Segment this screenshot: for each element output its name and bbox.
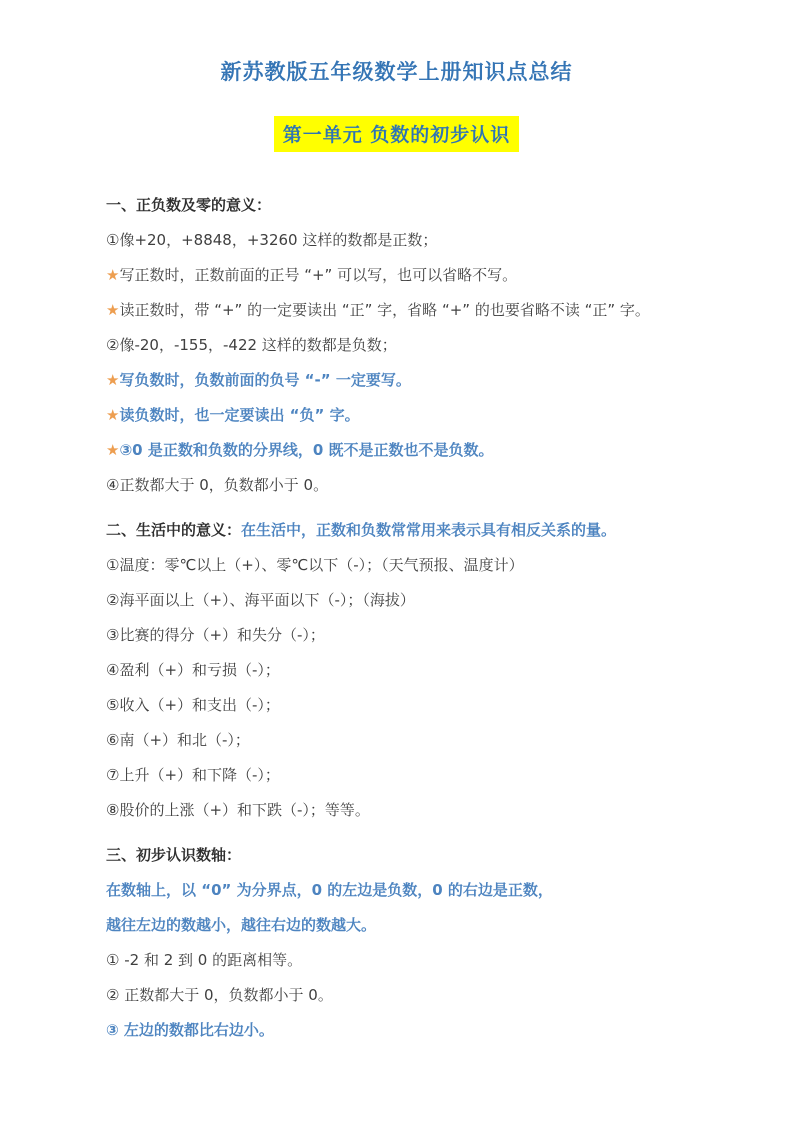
- text-segment: ②像-20，-155，-422 这样的数都是负数；: [106, 336, 397, 354]
- star-icon: ★: [106, 371, 119, 389]
- line: ★③0 是正数和负数的分界线，0 既不是正数也不是负数。: [106, 441, 687, 460]
- line: ★读负数时，也一定要读出 “负” 字。: [106, 406, 687, 425]
- star-icon: ★: [106, 406, 119, 424]
- star-icon: ★: [106, 441, 119, 459]
- document-page: 新苏教版五年级数学上册知识点总结 第一单元 负数的初步认识 一、正负数及零的意义…: [0, 0, 793, 1122]
- document-body: 一、正负数及零的意义：①像+20，+8848，+3260 这样的数都是正数；★写…: [106, 196, 687, 1040]
- text-segment: ① -2 和 2 到 0 的距离相等。: [106, 951, 302, 969]
- document-title: 新苏教版五年级数学上册知识点总结: [106, 56, 687, 86]
- text-segment: 越往左边的数越小，越往右边的数越大。: [106, 916, 376, 934]
- line: ★写负数时，负数前面的负号 “-” 一定要写。: [106, 371, 687, 390]
- line: ①温度：零℃以上（+）、零℃以下（-）；（天气预报、温度计）: [106, 556, 687, 575]
- text-segment: 写正数时，正数前面的正号 “+” 可以写，也可以省略不写。: [119, 266, 517, 284]
- line: 越往左边的数越小，越往右边的数越大。: [106, 916, 687, 935]
- line: ③比赛的得分（+）和失分（-）；: [106, 626, 687, 645]
- text-segment: ② 正数都大于 0，负数都小于 0。: [106, 986, 333, 1004]
- text-segment: ⑦上升（+）和下降（-）；: [106, 766, 280, 784]
- line: ②像-20，-155，-422 这样的数都是负数；: [106, 336, 687, 355]
- line: ①像+20，+8848，+3260 这样的数都是正数；: [106, 231, 687, 250]
- line: ④正数都大于 0，负数都小于 0。: [106, 476, 687, 495]
- text-segment: ⑥南（+）和北（-）；: [106, 731, 250, 749]
- text-segment: 写负数时，负数前面的负号 “-” 一定要写。: [119, 371, 410, 389]
- section-1-heading: 一、正负数及零的意义：: [106, 196, 687, 215]
- line: ②海平面以上（+）、海平面以下（-）；（海拔）: [106, 591, 687, 610]
- line: ⑥南（+）和北（-）；: [106, 731, 687, 750]
- line: ★读正数时，带 “+” 的一定要读出 “正” 字，省略 “+” 的也要省略不读 …: [106, 301, 687, 320]
- line: ⑧股价的上涨（+）和下跌（-）；等等。: [106, 801, 687, 820]
- line: ③ 左边的数都比右边小。: [106, 1021, 687, 1040]
- text-segment: ③0 是正数和负数的分界线，0 既不是正数也不是负数。: [119, 441, 493, 459]
- text-segment: ①温度：零℃以上（+）、零℃以下（-）；（天气预报、温度计）: [106, 556, 524, 574]
- text-segment: 三、初步认识数轴：: [106, 846, 241, 864]
- line: ⑦上升（+）和下降（-）；: [106, 766, 687, 785]
- star-icon: ★: [106, 301, 119, 319]
- section-1-meaning-of-positive-negative-zero: 一、正负数及零的意义：①像+20，+8848，+3260 这样的数都是正数；★写…: [106, 196, 687, 495]
- star-icon: ★: [106, 266, 119, 284]
- text-segment: ④正数都大于 0，负数都小于 0。: [106, 476, 328, 494]
- line: 在数轴上，以 “0” 为分界点，0 的左边是负数，0 的右边是正数，: [106, 881, 687, 900]
- text-segment: 一、正负数及零的意义：: [106, 196, 271, 214]
- text-segment: 读正数时，带 “+” 的一定要读出 “正” 字，省略 “+” 的也要省略不读 “…: [119, 301, 649, 319]
- text-segment: ③ 左边的数都比右边小。: [106, 1021, 274, 1039]
- text-segment: 二、生活中的意义：: [106, 521, 241, 539]
- text-segment: ⑧股价的上涨（+）和下跌（-）；等等。: [106, 801, 370, 819]
- text-segment: 在数轴上，以 “0” 为分界点，0 的左边是负数，0 的右边是正数，: [106, 881, 553, 899]
- line: ① -2 和 2 到 0 的距离相等。: [106, 951, 687, 970]
- line: ④盈利（+）和亏损（-）；: [106, 661, 687, 680]
- line: ② 正数都大于 0，负数都小于 0。: [106, 986, 687, 1005]
- section-3-number-line: 三、初步认识数轴：在数轴上，以 “0” 为分界点，0 的左边是负数，0 的右边是…: [106, 846, 687, 1040]
- text-segment: ①像+20，+8848，+3260 这样的数都是正数；: [106, 231, 437, 249]
- text-segment: ②海平面以上（+）、海平面以下（-）；（海拔）: [106, 591, 415, 609]
- section-2-meaning-in-life: 二、生活中的意义：在生活中，正数和负数常常用来表示具有相反关系的量。①温度：零℃…: [106, 521, 687, 820]
- text-segment: 在生活中，正数和负数常常用来表示具有相反关系的量。: [241, 521, 616, 539]
- text-segment: ④盈利（+）和亏损（-）；: [106, 661, 280, 679]
- line: ⑤收入（+）和支出（-）；: [106, 696, 687, 715]
- text-segment: ⑤收入（+）和支出（-）；: [106, 696, 280, 714]
- section-3-heading: 三、初步认识数轴：: [106, 846, 687, 865]
- text-segment: ③比赛的得分（+）和失分（-）；: [106, 626, 325, 644]
- text-segment: 读负数时，也一定要读出 “负” 字。: [119, 406, 359, 424]
- line: ★写正数时，正数前面的正号 “+” 可以写，也可以省略不写。: [106, 266, 687, 285]
- unit-subtitle-row: 第一单元 负数的初步认识: [106, 116, 687, 152]
- unit-subtitle-highlighted: 第一单元 负数的初步认识: [274, 116, 520, 152]
- section-2-heading: 二、生活中的意义：在生活中，正数和负数常常用来表示具有相反关系的量。: [106, 521, 687, 540]
